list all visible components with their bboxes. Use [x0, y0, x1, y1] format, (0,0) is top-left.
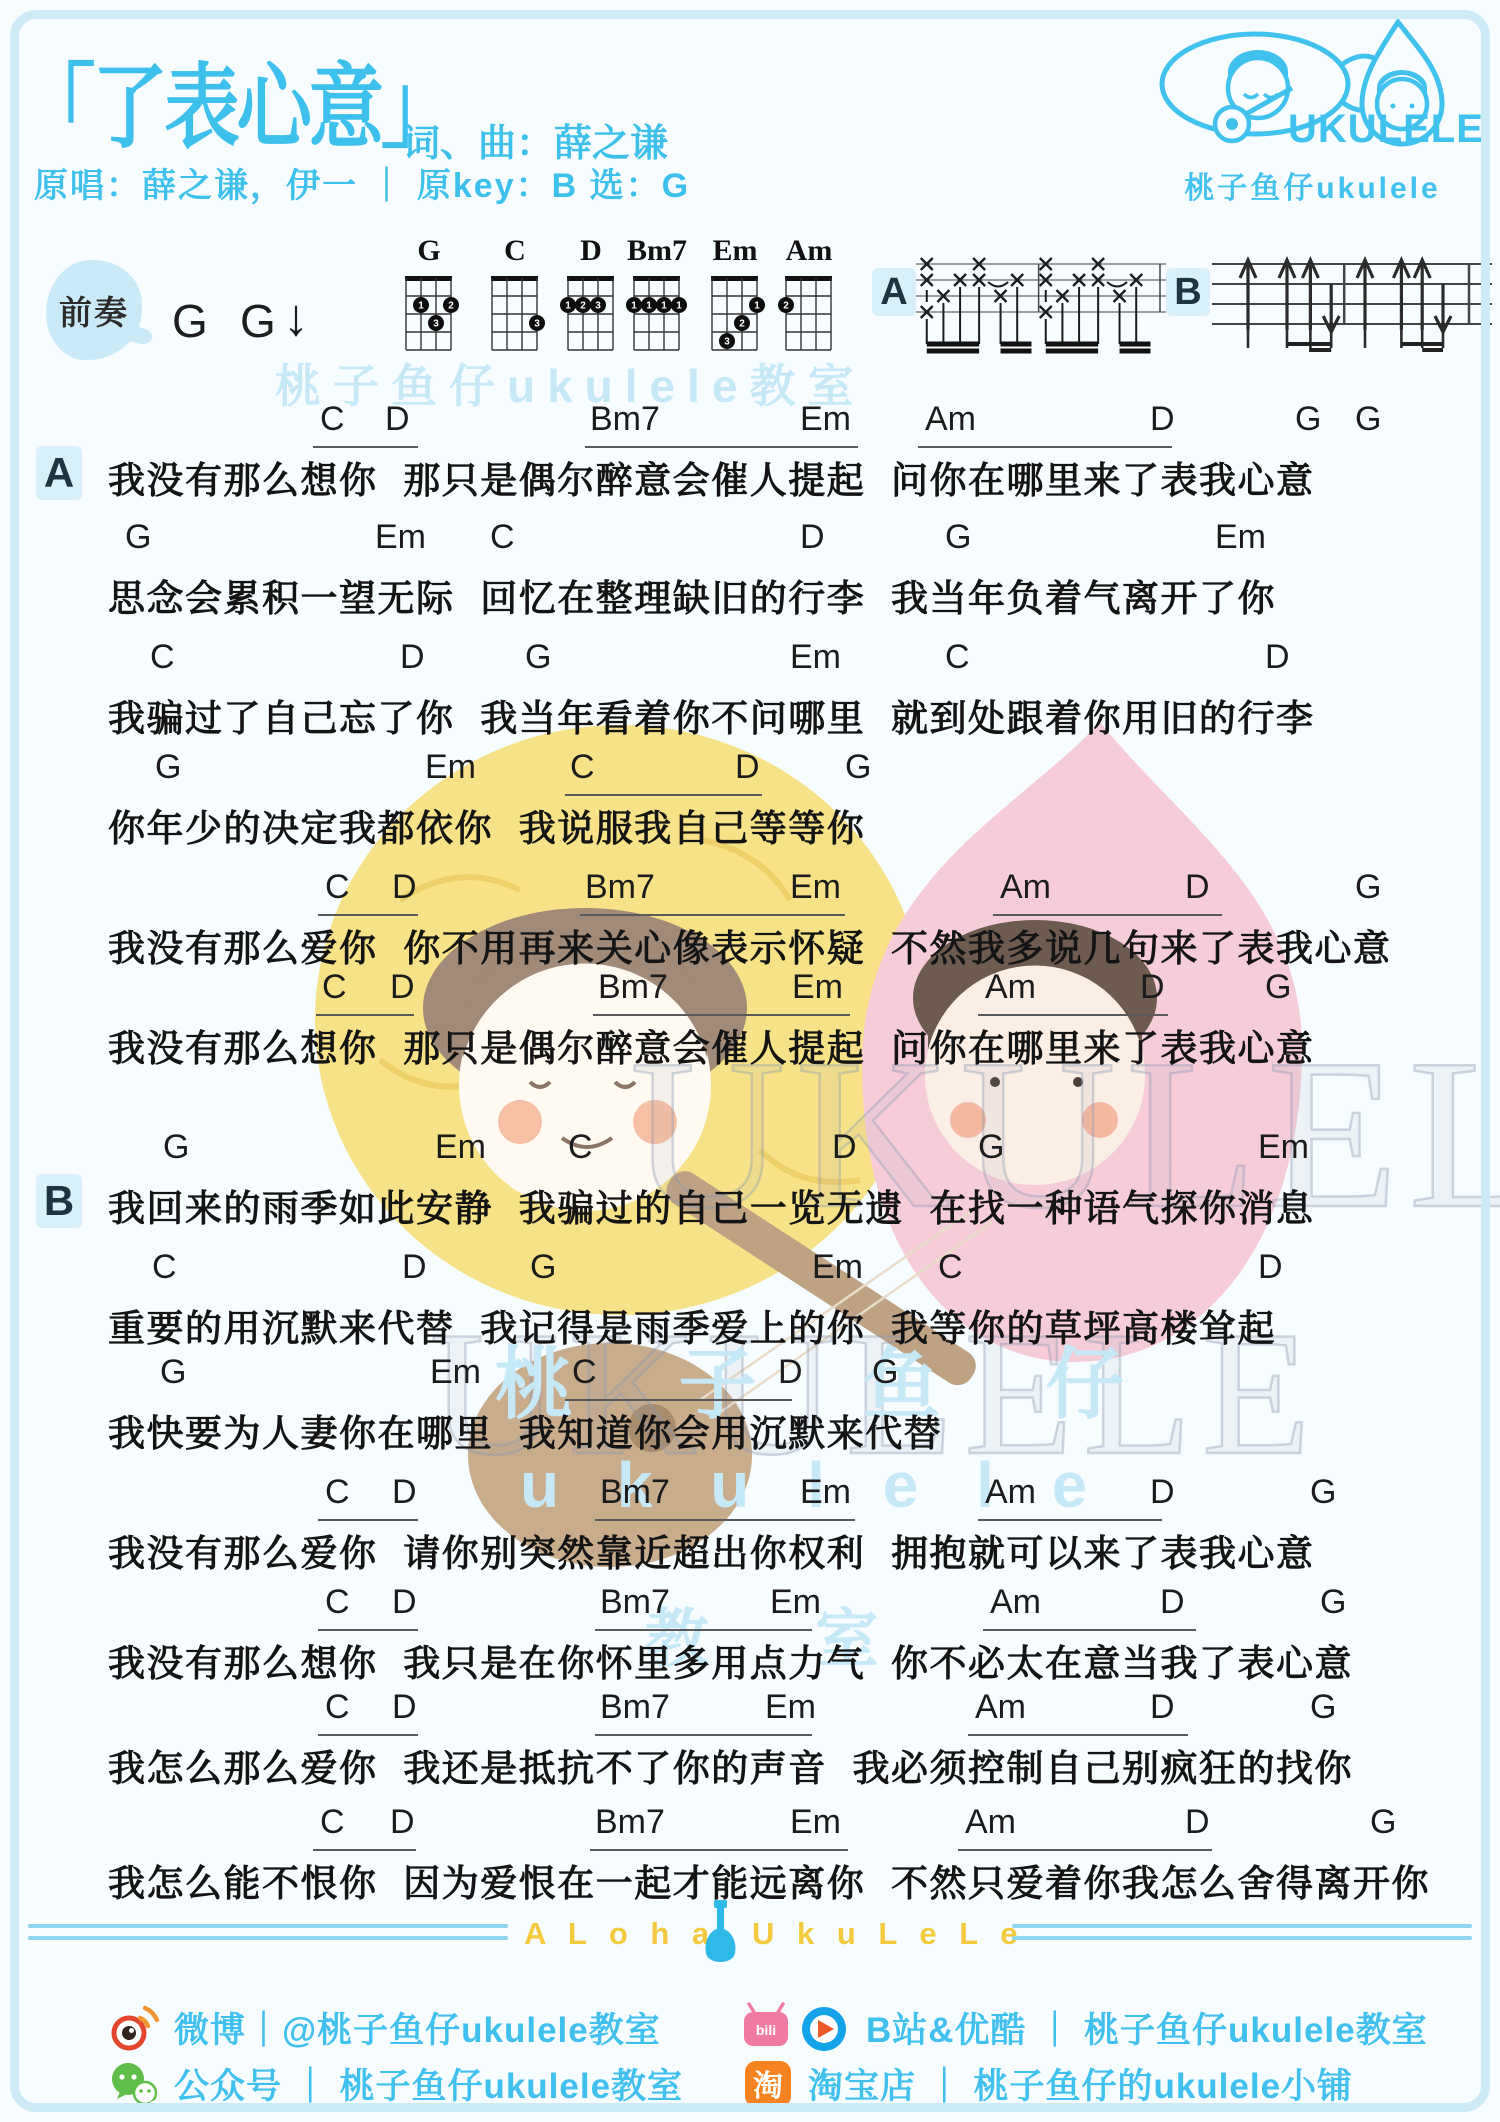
chord-label: C: [152, 1248, 177, 1287]
svg-text:1: 1: [565, 301, 571, 312]
pattern-b-badge: B: [1166, 268, 1210, 316]
chord-label: D: [1265, 638, 1290, 677]
chord-label: C: [570, 748, 595, 787]
lyric-line: 我骗过了自己忘了你 我当年看着你不问哪里 就到处跟着你用旧的行李: [108, 688, 1315, 742]
chord-label: Am: [985, 1473, 1036, 1512]
chord-underline: [565, 794, 762, 796]
footer-item-taobao: 淘淘宝店 ｜ 桃子鱼仔的ukulele小铺: [742, 2058, 1353, 2110]
weibo-icon: [108, 2002, 160, 2054]
chord-diagram: Am2: [772, 236, 846, 361]
chord-label: Em: [812, 1248, 863, 1287]
divider-line: [1012, 1936, 1472, 1940]
chord-label: Em: [800, 1473, 851, 1512]
chord-underline: [993, 914, 1222, 916]
song-subtitle: 原唱：薛之谦，伊一 ｜ 原key：B 选：G: [34, 158, 690, 207]
chord-label: Bm7: [585, 868, 655, 907]
chord-label: D: [392, 1688, 417, 1727]
footer-item-text: 淘宝店 ｜ 桃子鱼仔的ukulele小铺: [808, 2059, 1353, 2109]
score-line: CDBm7EmAmDG我怎么那么爱你 我还是抵抗不了你的声音 我必须控制自己别疯…: [0, 1688, 1500, 1806]
chord-underline: [983, 1629, 1196, 1631]
aloha-divider: A L o h a U k u L e L e: [0, 1900, 1500, 1970]
chord-diagram: G123: [392, 236, 466, 361]
score-line: CDGEmCD重要的用沉默来代替 我记得是雨季爱上的你 我等你的草坪高楼耸起: [0, 1248, 1500, 1366]
chord-diagram: D123: [554, 236, 628, 361]
chord-label: Em: [430, 1353, 481, 1392]
chord-underline: [590, 1849, 848, 1851]
intro-chord-2: G: [240, 294, 276, 348]
chord-label: Em: [770, 1583, 821, 1622]
wechat-icon: [108, 2058, 160, 2110]
chord-underline: [318, 1519, 418, 1521]
svg-text:3: 3: [724, 337, 730, 348]
ukulele-icon: [700, 1900, 740, 1966]
chord-label: G: [1310, 1688, 1336, 1727]
song-sheet-page: UKULELE UKULELE 桃子鱼仔ukulele教室 桃 子 鱼 仔 u …: [0, 0, 1500, 2122]
svg-text:1: 1: [754, 301, 760, 312]
chord-label: C: [320, 400, 345, 439]
score-line: CDBm7EmAmDG我没有那么想你 那只是偶尔醉意会催人提起 问你在哪里来了表…: [0, 968, 1500, 1086]
chord-label: Bm7: [600, 1583, 670, 1622]
lyric-line: 我没有那么想你 那只是偶尔醉意会催人提起 问你在哪里来了表我心意: [108, 1018, 1315, 1072]
chord-label: Em: [792, 968, 843, 1007]
chord-label: G: [1310, 1473, 1336, 1512]
chord-label: D: [832, 1128, 857, 1167]
chord-label: C: [150, 638, 175, 677]
score-line: GEmCDG你年少的决定我都依你 我说服我自己等等你: [0, 748, 1500, 866]
section-badge-a: A: [36, 446, 82, 500]
brand-logo: UKULELE 桃子鱼仔ukulele: [1140, 14, 1485, 207]
chord-underline: [958, 1849, 1212, 1851]
chord-label: G: [1320, 1583, 1346, 1622]
svg-text:bili: bili: [756, 2022, 776, 2038]
chord-label: G: [530, 1248, 556, 1287]
chord-label: G: [978, 1128, 1004, 1167]
chord-label: D: [400, 638, 425, 677]
chord-label: Em: [1258, 1128, 1309, 1167]
bilibili-youku-icon: bili: [742, 2002, 852, 2054]
divider-line: [28, 1936, 508, 1940]
brand-logo-art: UKULELE: [1140, 14, 1485, 164]
chord-diagram: Bm71111: [620, 236, 694, 361]
chord-underline: [918, 446, 1172, 448]
chord-label: Bm7: [600, 1688, 670, 1727]
lyric-line: 我回来的雨季如此安静 我骗过的自己一览无遗 在找一种语气探你消息: [108, 1178, 1315, 1232]
lyric-line: 我没有那么想你 那只是偶尔醉意会催人提起 问你在哪里来了表我心意: [108, 450, 1315, 504]
footer-item-weibo: 微博｜@桃子鱼仔ukulele教室: [108, 2002, 661, 2054]
lyric-line: 我怎么那么爱你 我还是抵抗不了你的声音 我必须控制自己别疯狂的找你: [108, 1738, 1353, 1792]
divider-line: [28, 1924, 508, 1928]
chord-underline: [595, 1519, 855, 1521]
chord-label: G: [155, 748, 181, 787]
chord-label: C: [572, 1353, 597, 1392]
footer-item-text: B站&优酷 ｜ 桃子鱼仔ukulele教室: [866, 2003, 1428, 2053]
chord-label: D: [1140, 968, 1165, 1007]
chord-label: C: [325, 1688, 350, 1727]
chord-label: G: [125, 518, 151, 557]
chord-label: D: [1185, 1803, 1210, 1842]
chord-label: Em: [425, 748, 476, 787]
chord-underline: [580, 914, 845, 916]
chord-label: G: [525, 638, 551, 677]
lyric-line: 我快要为人妻你在哪里 我知道你会用沉默来代替: [108, 1403, 942, 1457]
chord-label: Em: [375, 518, 426, 557]
svg-text:2: 2: [448, 301, 454, 312]
chord-label: Bm7: [600, 1473, 670, 1512]
strum-pattern-b: [1212, 252, 1492, 363]
chord-label: C: [938, 1248, 963, 1287]
chord-diagram-name: Bm7: [620, 236, 694, 270]
chord-label: G: [845, 748, 871, 787]
chord-label: Em: [790, 1803, 841, 1842]
chord-label: C: [322, 968, 347, 1007]
svg-text:2: 2: [783, 301, 789, 312]
chord-underline: [593, 1014, 850, 1016]
chord-label: D: [800, 518, 825, 557]
strum-pattern-a: [916, 252, 1166, 363]
chord-label: C: [490, 518, 515, 557]
chord-label: C: [325, 1473, 350, 1512]
chord-label: Am: [985, 968, 1036, 1007]
chord-underline: [313, 1849, 416, 1851]
score-line: GEmCDGEm思念会累积一望无际 回忆在整理缺旧的行李 我当年负着气离开了你: [0, 518, 1500, 636]
chord-label: G: [1355, 868, 1381, 907]
chord-label: D: [1150, 1473, 1175, 1512]
chord-label: C: [320, 1803, 345, 1842]
chord-label: Em: [800, 400, 851, 439]
chord-diagram-name: Em: [698, 236, 772, 270]
chord-label: G: [945, 518, 971, 557]
chord-label: G: [872, 1353, 898, 1392]
chord-underline: [595, 1734, 812, 1736]
section-badge-b: B: [36, 1174, 82, 1228]
chord-label: C: [325, 1583, 350, 1622]
lyric-line: 我没有那么爱你 你不用再来关心像表示怀疑 不然我多说几句来了表我心意: [108, 918, 1392, 972]
brand-caption: 桃子鱼仔ukulele: [1140, 163, 1485, 207]
chord-diagram-name: C: [478, 236, 552, 270]
chord-label: D: [735, 748, 760, 787]
divider-line: [1012, 1924, 1472, 1928]
taobao-icon: 淘: [742, 2058, 794, 2110]
chord-label: D: [390, 968, 415, 1007]
chord-label: D: [1160, 1583, 1185, 1622]
lyric-line: 思念会累积一望无际 回忆在整理缺旧的行李 我当年负着气离开了你: [108, 568, 1276, 622]
divider-word-ukulele: U k u L e L e: [752, 1916, 1024, 1952]
chord-diagram: Em123: [698, 236, 772, 361]
chord-underline: [968, 1734, 1188, 1736]
score-line: ACDBm7EmAmDGG我没有那么想你 那只是偶尔醉意会催人提起 问你在哪里来…: [0, 400, 1500, 518]
chord-diagram-name: D: [554, 236, 628, 270]
chord-label: Am: [990, 1583, 1041, 1622]
svg-text:1: 1: [661, 301, 667, 312]
chord-diagram-name: G: [392, 236, 466, 270]
svg-text:1: 1: [676, 301, 682, 312]
strum-down-arrow: ↓: [283, 288, 309, 348]
chord-underline: [565, 1399, 792, 1401]
chord-label: C: [945, 638, 970, 677]
chord-underline: [585, 446, 858, 448]
chord-diagram-name: Am: [772, 236, 846, 270]
intro-label: 前奏: [59, 287, 129, 334]
chord-underline: [978, 1014, 1168, 1016]
score-line: GEmCDG我快要为人妻你在哪里 我知道你会用沉默来代替: [0, 1353, 1500, 1471]
chord-underline: [318, 1734, 418, 1736]
svg-text:3: 3: [595, 301, 601, 312]
lyric-line: 我没有那么爱你 请你别突然靠近超出你权利 拥抱就可以来了表我心意: [108, 1523, 1315, 1577]
chord-label: D: [1185, 868, 1210, 907]
svg-text:1: 1: [646, 301, 652, 312]
footer-item-text: 公众号 ｜ 桃子鱼仔ukulele教室: [174, 2059, 683, 2109]
chord-label: G: [160, 1353, 186, 1392]
chord-label: G: [163, 1128, 189, 1167]
footer-item-text: 微博｜@桃子鱼仔ukulele教室: [174, 2003, 661, 2053]
brand-logo-text: UKULELE: [1288, 107, 1484, 151]
chord-label: D: [392, 868, 417, 907]
footer-item-bili-youku: bili B站&优酷 ｜ 桃子鱼仔ukulele教室: [742, 2002, 1428, 2054]
chord-label: Am: [965, 1803, 1016, 1842]
svg-text:3: 3: [534, 319, 540, 330]
chord-label: D: [392, 1473, 417, 1512]
score-line: BGEmCDGEm我回来的雨季如此安静 我骗过的自己一览无遗 在找一种语气探你消…: [0, 1128, 1500, 1246]
chord-label: Am: [925, 400, 976, 439]
song-title: 「了表心意」: [20, 34, 453, 166]
lyric-line: 你年少的决定我都依你 我说服我自己等等你: [108, 798, 865, 852]
score-line: CDBm7EmAmDG我没有那么爱你 请你别突然靠近超出你权利 拥抱就可以来了表…: [0, 1473, 1500, 1591]
chord-underline: [318, 1629, 418, 1631]
chord-label: Bm7: [598, 968, 668, 1007]
chord-label: G: [1265, 968, 1291, 1007]
svg-text:3: 3: [433, 319, 439, 330]
chord-label: Em: [435, 1128, 486, 1167]
chord-label: D: [385, 400, 410, 439]
chord-label: Bm7: [595, 1803, 665, 1842]
svg-text:2: 2: [739, 319, 745, 330]
chord-label: D: [402, 1248, 427, 1287]
svg-text:1: 1: [418, 301, 424, 312]
svg-text:淘: 淘: [753, 2070, 783, 2103]
chord-label: Am: [975, 1688, 1026, 1727]
lyric-line: 我怎么能不恨你 因为爱恨在一起才能远离你 不然只爱着你我怎么舍得离开你: [108, 1853, 1430, 1907]
chord-label: Em: [790, 638, 841, 677]
chord-label: D: [1150, 400, 1175, 439]
score-line: CDBm7EmAmDG我没有那么想你 我只是在你怀里多用点力气 你不必太在意当我…: [0, 1583, 1500, 1701]
chord-underline: [595, 1629, 812, 1631]
chord-label: Em: [790, 868, 841, 907]
chord-underline: [316, 1014, 414, 1016]
svg-text:1: 1: [631, 301, 637, 312]
footer-item-wechat: 公众号 ｜ 桃子鱼仔ukulele教室: [108, 2058, 683, 2110]
chord-label: G: [1355, 400, 1381, 439]
chord-underline: [318, 914, 418, 916]
chord-label: Em: [765, 1688, 816, 1727]
intro-chord-1: G: [172, 294, 208, 348]
lyric-line: 我没有那么想你 我只是在你怀里多用点力气 你不必太在意当我了表心意: [108, 1633, 1353, 1687]
chord-label: D: [392, 1583, 417, 1622]
chord-label: G: [1370, 1803, 1396, 1842]
chord-label: D: [1258, 1248, 1283, 1287]
chord-label: C: [568, 1128, 593, 1167]
pattern-a-badge: A: [872, 268, 916, 316]
svg-text:2: 2: [580, 301, 586, 312]
chord-label: G: [1295, 400, 1321, 439]
chord-label: Am: [1000, 868, 1051, 907]
chord-underline: [978, 1519, 1162, 1521]
chord-label: D: [778, 1353, 803, 1392]
lyric-line: 重要的用沉默来代替 我记得是雨季爱上的你 我等你的草坪高楼耸起: [108, 1298, 1276, 1352]
chord-label: D: [1150, 1688, 1175, 1727]
chord-underline: [313, 446, 418, 448]
chord-label: D: [390, 1803, 415, 1842]
chord-diagram: C3: [478, 236, 552, 361]
chord-label: Em: [1215, 518, 1266, 557]
chord-label: C: [325, 868, 350, 907]
score-line: CDGEmCD我骗过了自己忘了你 我当年看着你不问哪里 就到处跟着你用旧的行李: [0, 638, 1500, 756]
chord-label: Bm7: [590, 400, 660, 439]
divider-word-aloha: A L o h a: [524, 1916, 716, 1952]
